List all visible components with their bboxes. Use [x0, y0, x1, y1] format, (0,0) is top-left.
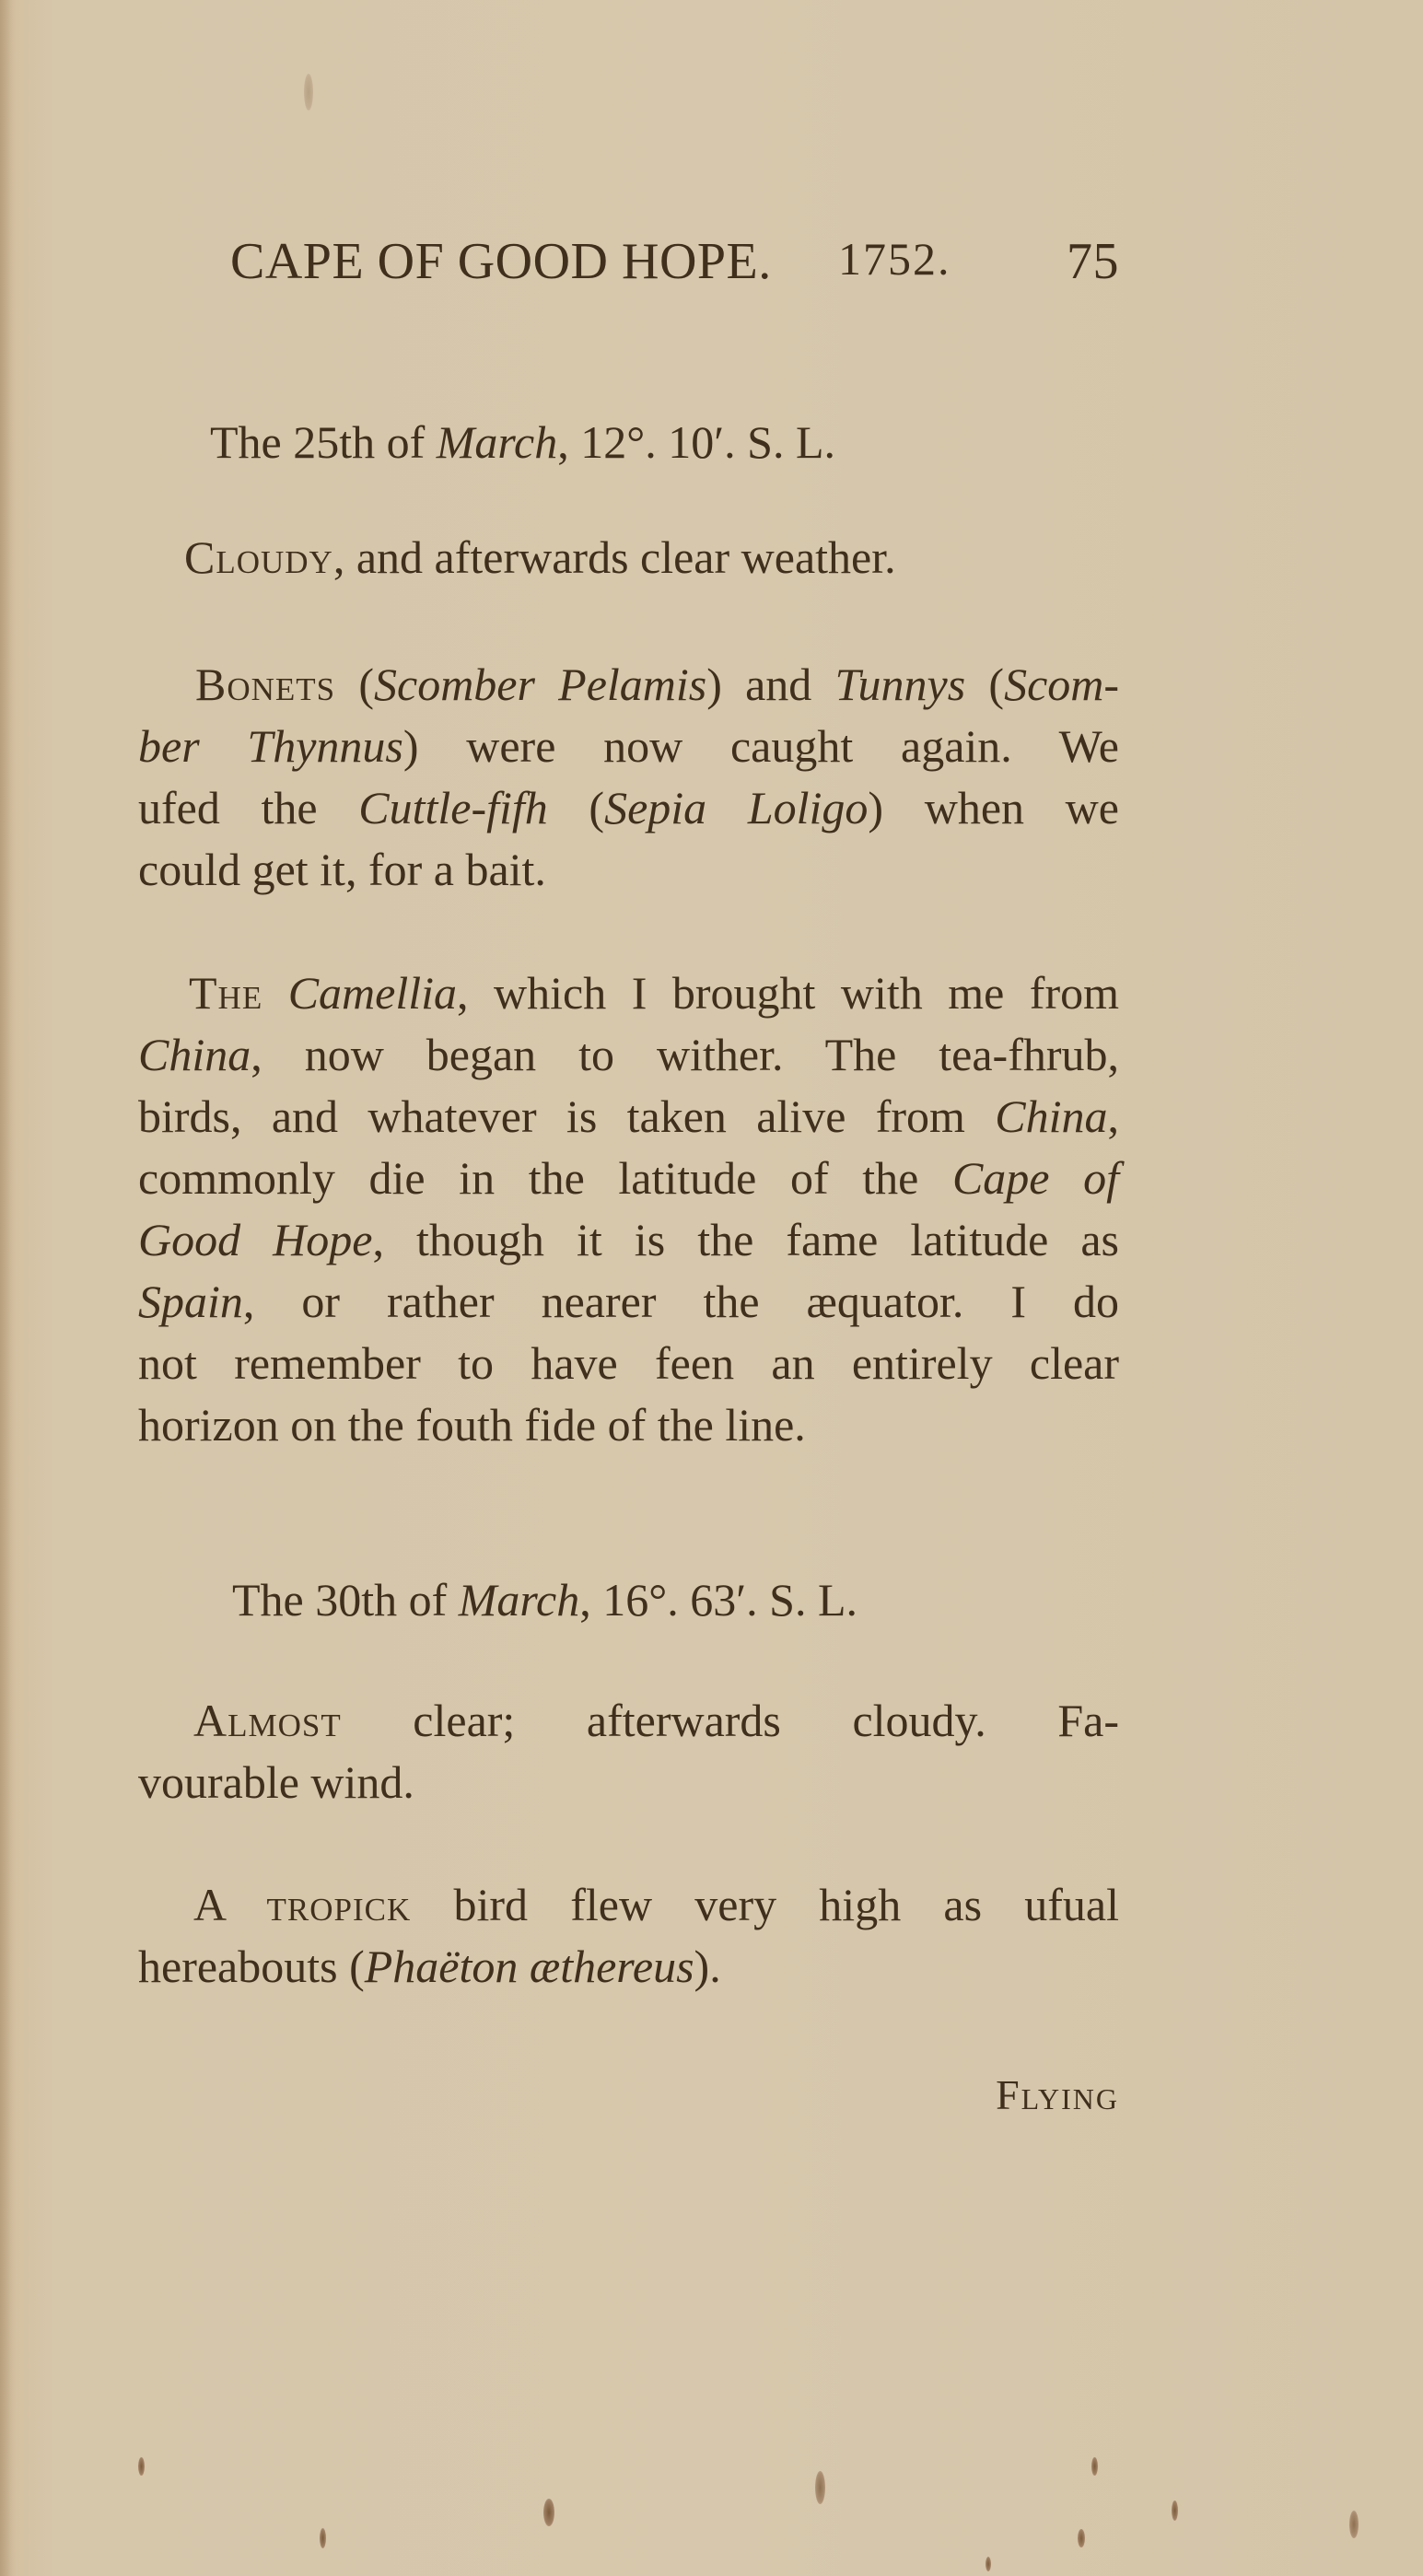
- text: , which I brought with me from: [457, 967, 1119, 1019]
- paragraph-camellia-line-1: The Camellia, which I brought with me fr…: [189, 970, 1119, 1016]
- spine-shadow: [0, 0, 13, 2576]
- foxing-spot: [1078, 2529, 1085, 2547]
- text: ,: [1108, 1090, 1120, 1142]
- place-name: Spain: [138, 1276, 243, 1327]
- foxing-spot: [815, 2471, 825, 2504]
- italic-term: Cuttle-fifh: [358, 782, 548, 833]
- text: ) when we: [868, 782, 1119, 833]
- place-name: Good Hope: [138, 1214, 372, 1265]
- text: commonly die in the latitude of the: [138, 1152, 952, 1204]
- heading-month: March: [437, 416, 557, 468]
- latin-name: Phaëton æthereus: [365, 1941, 694, 1992]
- text: ) were now caught again. We: [403, 720, 1119, 772]
- text: not remember to have feen an entirely cl…: [138, 1337, 1119, 1389]
- italic-term: Tunnys: [835, 659, 966, 710]
- text: (: [335, 659, 374, 710]
- place-name: Cape of: [952, 1152, 1119, 1204]
- text: horizon on the fouth fide of the line.: [138, 1399, 806, 1451]
- running-head-title: CAPE OF GOOD HOPE.: [230, 233, 772, 290]
- paragraph-cloudy: Cloudy, and afterwards clear weather.: [184, 534, 1165, 580]
- text: birds, and whatever is taken alive from: [138, 1090, 995, 1142]
- paragraph-almost-line-1: Almost clear; afterwards cloudy. Fa-: [193, 1697, 1119, 1743]
- paragraph-bonets-line-3: ufed the Cuttle-fifh (Sepia Loligo) when…: [138, 785, 1119, 831]
- foxing-spot: [138, 2457, 145, 2476]
- paragraph-camellia-line-6: Spain, or rather nearer the æquator. I d…: [138, 1278, 1119, 1324]
- heading-position: , 12°. 10′. S. L.: [557, 416, 835, 468]
- paragraph-camellia-line-5: Good Hope, though it is the fame latitud…: [138, 1217, 1119, 1263]
- text: , though it is the fame latitude as: [372, 1214, 1119, 1265]
- line-text: , and afterwards clear weather.: [333, 531, 896, 583]
- paragraph-camellia-line-8: horizon on the fouth fide of the line.: [138, 1402, 1119, 1448]
- heading-prefix: The 25th of: [210, 416, 437, 468]
- running-head-year: 1752.: [838, 232, 951, 286]
- latin-name: ber Thynnus: [138, 720, 403, 772]
- text: (: [965, 659, 1004, 710]
- text: [262, 967, 288, 1019]
- italic-term: Camellia: [288, 967, 457, 1019]
- text: vourable wind.: [138, 1756, 414, 1808]
- small-caps-term: tropick: [267, 1879, 412, 1930]
- foxing-spot: [543, 2499, 554, 2526]
- place-name: China: [138, 1029, 251, 1080]
- text: ).: [694, 1941, 721, 1992]
- place-name: China: [995, 1090, 1107, 1142]
- foxing-spot: [304, 74, 313, 111]
- paragraph-almost-line-2: vourable wind.: [138, 1759, 1119, 1805]
- heading-prefix: The 30th of: [232, 1574, 459, 1626]
- entry-heading-march-25: The 25th of March, 12°. 10′. S. L.: [210, 419, 1191, 465]
- foxing-spot: [1091, 2457, 1098, 2476]
- foxing-spot: [320, 2528, 326, 2548]
- foxing-spot: [1349, 2511, 1359, 2538]
- paragraph-tropick-line-2: hereabouts (Phaëton æthereus).: [138, 1943, 1119, 1989]
- paragraph-bonets-line-1: Bonets (Scomber Pelamis) and Tunnys (Sco…: [195, 661, 1119, 707]
- text: bird flew very high as ufual: [411, 1879, 1119, 1930]
- text: could get it, for a bait.: [138, 844, 546, 895]
- catchword: Flying: [996, 2070, 1119, 2119]
- text: , now began to wither. The tea-fhrub,: [251, 1029, 1119, 1080]
- text: hereabouts (: [138, 1941, 365, 1992]
- paragraph-tropick-line-1: A tropick bird flew very high as ufual: [193, 1882, 1119, 1928]
- text: clear; afterwards cloudy. Fa-: [342, 1695, 1119, 1746]
- paragraph-camellia-line-3: birds, and whatever is taken alive from …: [138, 1093, 1119, 1139]
- latin-name: Scomber Pelamis: [374, 659, 706, 710]
- heading-position: , 16°. 63′. S. L.: [579, 1574, 857, 1626]
- lead-small-caps: Almost: [193, 1695, 342, 1746]
- lead-small-caps: Cloudy: [184, 531, 333, 583]
- text: , or rather nearer the æquator. I do: [243, 1276, 1119, 1327]
- book-page: CAPE OF GOOD HOPE. 1752. 75 The 25th of …: [0, 0, 1423, 2576]
- text: (: [548, 782, 604, 833]
- heading-month: March: [459, 1574, 579, 1626]
- paragraph-camellia-line-2: China, now began to wither. The tea-fhru…: [138, 1032, 1119, 1078]
- lead-small-caps: Bonets: [195, 659, 335, 710]
- text: A: [193, 1879, 267, 1930]
- paragraph-camellia-line-4: commonly die in the latitude of the Cape…: [138, 1155, 1119, 1201]
- text: ufed the: [138, 782, 358, 833]
- paragraph-bonets-line-4: could get it, for a bait.: [138, 846, 1119, 892]
- paragraph-bonets-line-2: ber Thynnus) were now caught again. We: [138, 723, 1119, 769]
- foxing-spot: [986, 2557, 991, 2571]
- running-head: CAPE OF GOOD HOPE. 1752. 75: [230, 232, 1119, 291]
- page-number: 75: [1067, 232, 1119, 291]
- foxing-spot: [1172, 2500, 1178, 2521]
- entry-heading-march-30: The 30th of March, 16°. 63′. S. L.: [232, 1577, 1213, 1623]
- text: ) and: [706, 659, 834, 710]
- latin-name: Sepia Loligo: [604, 782, 868, 833]
- paragraph-camellia-line-7: not remember to have feen an entirely cl…: [138, 1340, 1119, 1386]
- latin-name: Scom-: [1004, 659, 1119, 710]
- lead-small-caps: The: [189, 967, 262, 1019]
